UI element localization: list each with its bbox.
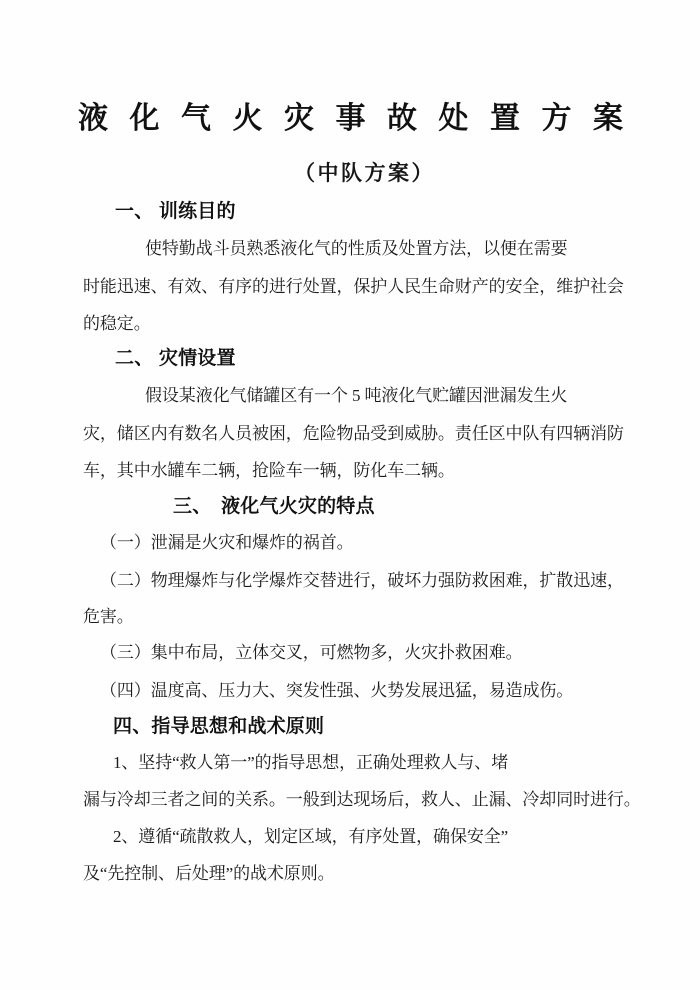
page-title: 液化气火灾事故处置方案 [78,101,645,137]
section-4-item-1-cont: 漏与冷却三者之间的关系。一般到达现场后，救人、止漏、冷却同时进行。 [83,789,641,811]
section-3-item-2-cont: 危害。 [83,606,134,628]
section-2-line-1: 假设某液化气储罐区有一个 5 吨液化气贮罐因泄漏发生火 [145,385,567,407]
section-3-item-3: （三）集中布局，立体交叉，可燃物多，火灾扑救困难。 [100,642,523,664]
section-4-item-2-cont: 及“先控制、后处理”的战术原则。 [83,863,335,885]
page-subtitle: （中队方案） [294,157,435,187]
section-2-heading: 二、 灾情设置 [115,347,236,371]
section-3-item-2: （二）物理爆炸与化学爆炸交替进行，破坏力强防救困难，扩散迅速， [100,570,624,592]
section-1-heading: 一、 训练目的 [115,200,236,224]
section-3-item-4: （四）温度高、压力大、突发性强、火势发展迅猛，易造成伤。 [100,680,573,702]
section-2-line-2: 灾，储区内有数名人员被困，危险物品受到威胁。责任区中队有四辆消防 [83,423,624,445]
section-1-line-3: 的稳定。 [83,313,151,335]
section-4-item-2: 2、遵循“疏散救人，划定区域，有序处置，确保安全” [113,826,508,848]
section-4-item-1: 1、坚持“救人第一”的指导思想，正确处理救人与、堵 [113,752,508,774]
section-1-line-1: 使特勤战斗员熟悉液化气的性质及处置方法，以便在需要 [145,238,568,260]
section-1-line-2: 时能迅速、有效、有序的进行处置，保护人民生命财产的安全，维护社会 [83,276,624,298]
section-3-heading: 三、 液化气火灾的特点 [173,495,375,519]
section-3-item-1: （一）泄漏是火灾和爆炸的祸首。 [100,532,354,554]
section-2-line-3: 车，其中水罐车二辆，抢险车一辆，防化车二辆。 [83,460,455,482]
document-page: 液化气火灾事故处置方案 （中队方案） 一、 训练目的 使特勤战斗员熟悉液化气的性… [0,0,700,990]
section-4-heading: 四、指导思想和战术原则 [113,715,324,739]
